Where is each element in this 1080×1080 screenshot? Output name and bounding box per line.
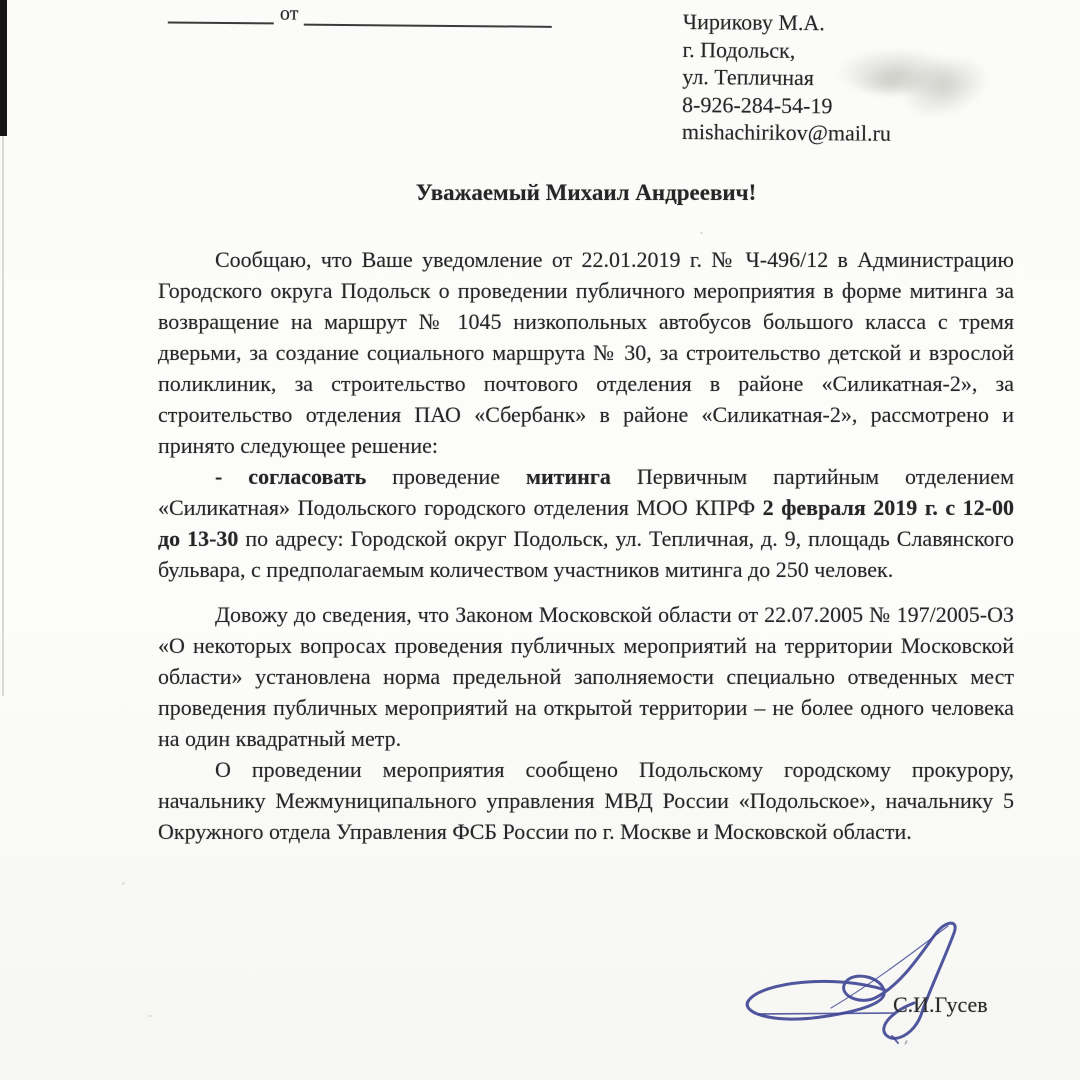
recipient-phone: 8-926-284-54-19 <box>682 90 891 119</box>
text-run: Довожу до сведения, что Законом Московск… <box>158 602 1014 751</box>
scan-speckle <box>700 232 703 234</box>
paragraph-notification: Сообщаю, что Ваше уведомление от 22.01.2… <box>158 244 1014 461</box>
from-label: от <box>280 2 299 25</box>
bold-text-run: митинга <box>526 464 611 489</box>
salutation: Уважаемый Михаил Андреевич! <box>158 180 1014 206</box>
text-run: проведение <box>366 464 526 489</box>
scan-speckle <box>122 882 125 885</box>
scanned-letter-page: от Чирикову М.А. г. Подольск, ул. Теплич… <box>0 0 1080 1080</box>
text-run: О проведении мероприятия сообщено Подоль… <box>158 757 1014 844</box>
signature-flourish <box>747 923 955 1038</box>
paragraph-agencies-informed: О проведении мероприятия сообщено Подоль… <box>158 754 1014 847</box>
signer-name: С.И.Гусев <box>893 992 988 1018</box>
recipient-email: mishachirikov@mail.ru <box>682 118 891 147</box>
blank-number-line <box>168 21 274 24</box>
scan-speckle <box>148 1015 152 1017</box>
from-line-row: от <box>0 0 700 46</box>
text-run: по адресу: Городской округ Подольск, ул.… <box>158 526 1014 582</box>
letter-body: Сообщаю, что Ваше уведомление от 22.01.2… <box>158 244 1014 847</box>
paragraph-law-notice: Довожу до сведения, что Законом Московск… <box>158 599 1014 754</box>
letter-header: от Чирикову М.А. г. Подольск, ул. Теплич… <box>0 0 1080 9</box>
signature-underline <box>759 1013 893 1014</box>
erased-smudge <box>855 70 925 96</box>
scan-edge-line <box>2 136 4 696</box>
blank-date-line <box>304 24 552 28</box>
text-run: Сообщаю, что Ваше уведомление от 22.01.2… <box>158 247 1014 458</box>
recipient-name: Чирикову М.А. <box>683 8 892 37</box>
bold-text-run: - согласовать <box>215 464 366 489</box>
paragraph-decision: - согласовать проведение митинга Первичн… <box>158 461 1014 585</box>
